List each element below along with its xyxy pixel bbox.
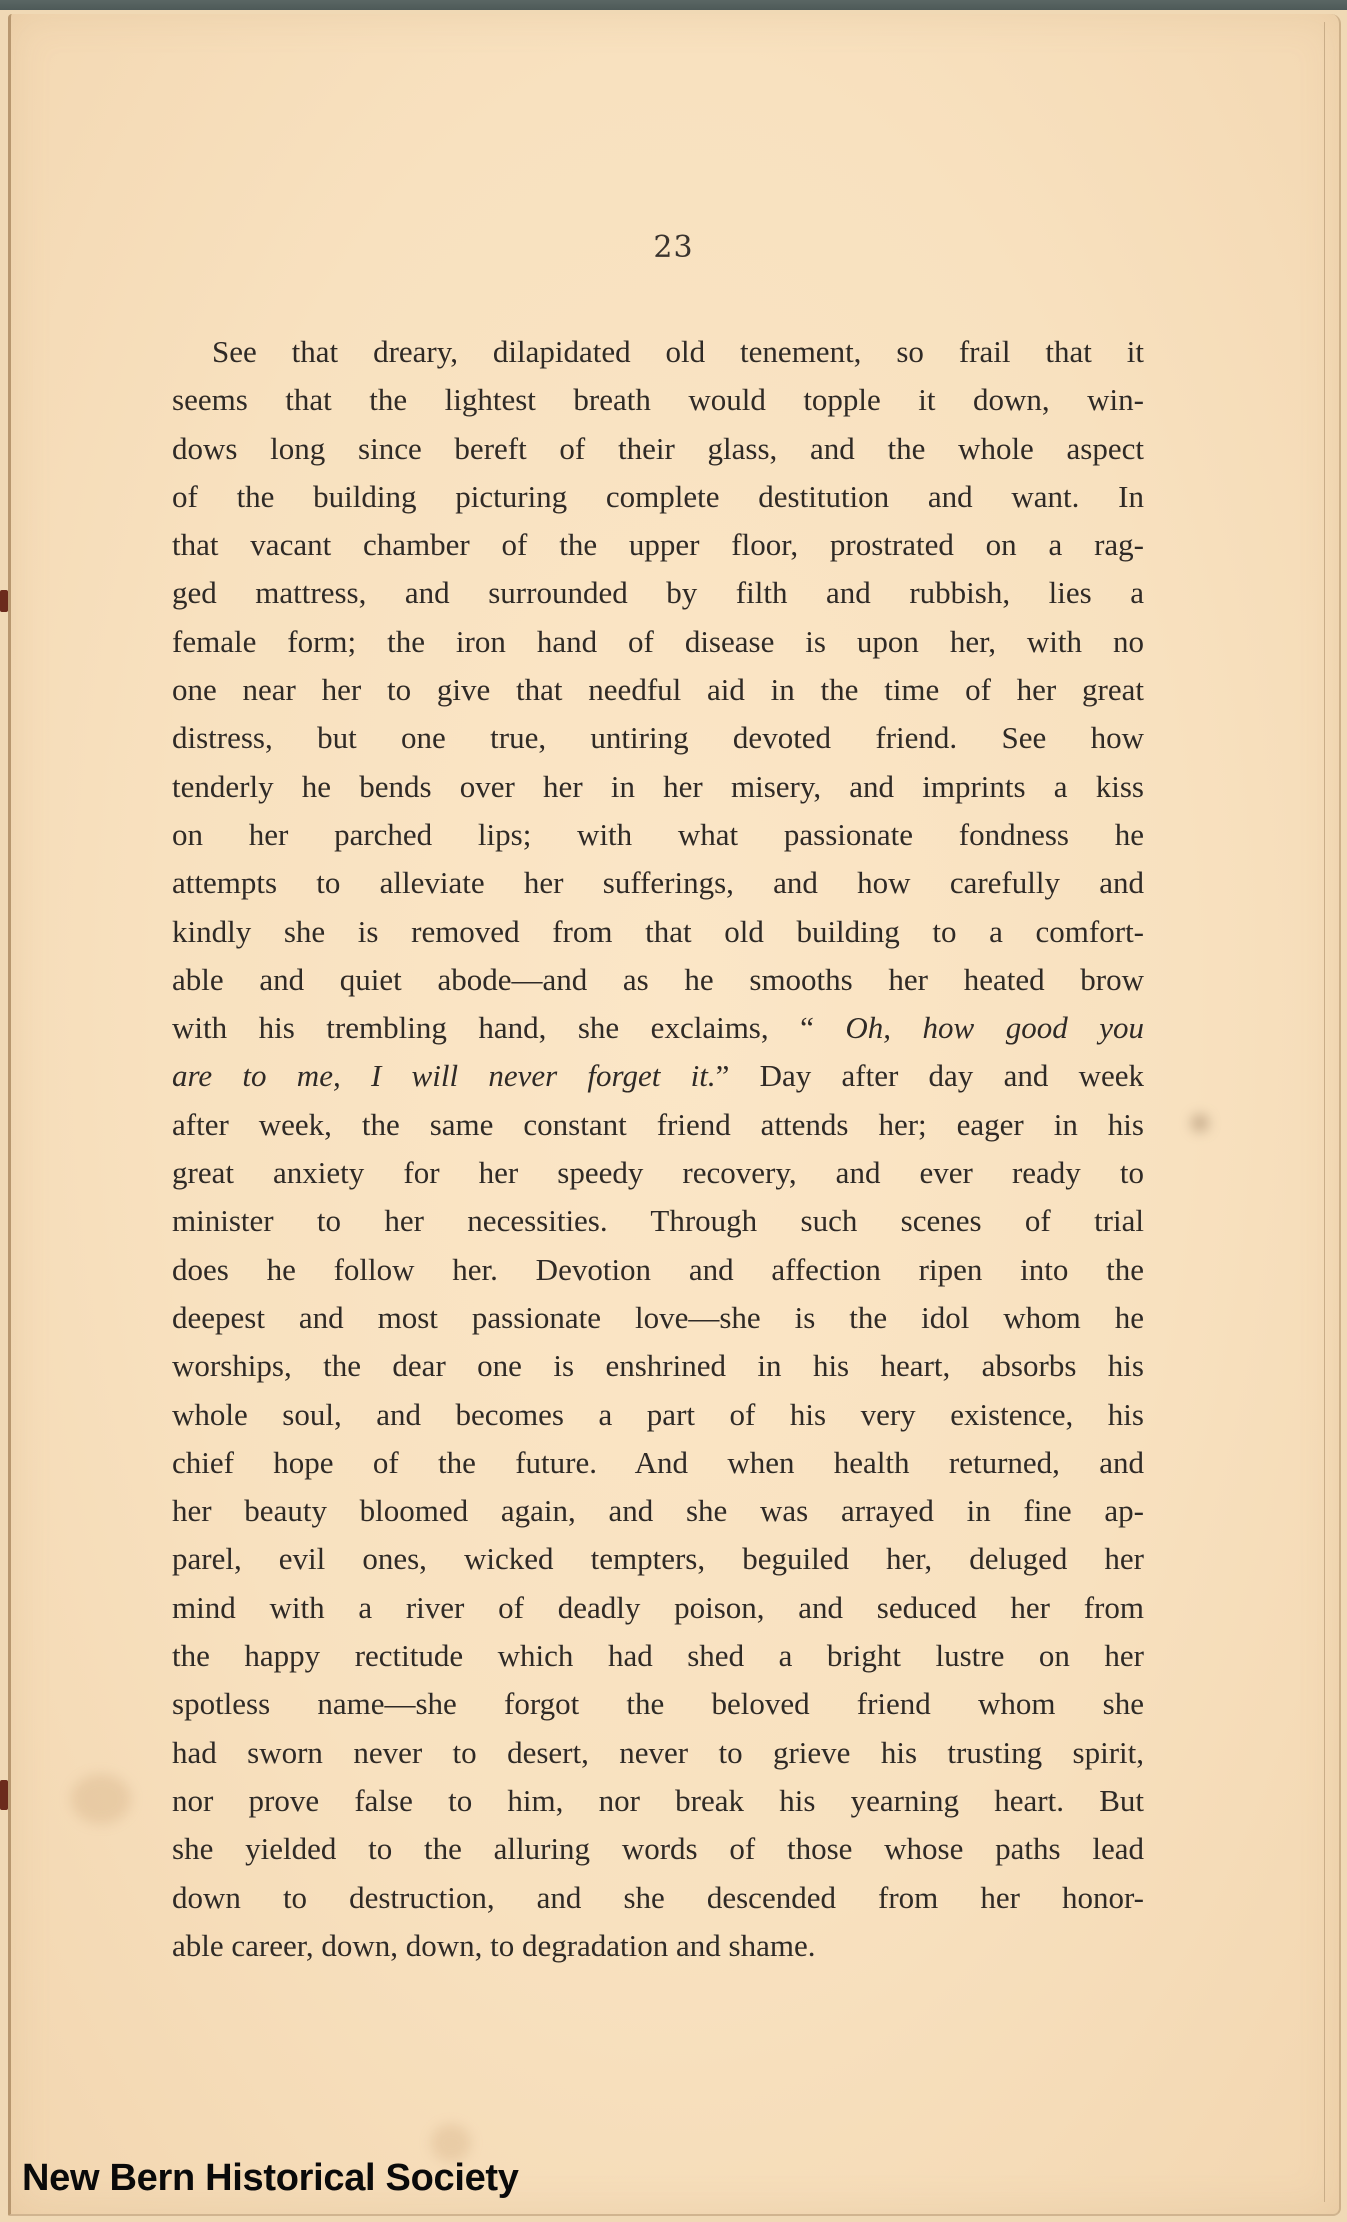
text-line: able career, down, down, to degradation …	[172, 1922, 1144, 1970]
text-line: one near her to give that needful aid in…	[172, 666, 1144, 714]
text-line: whole soul, and becomes a part of his ve…	[172, 1391, 1144, 1439]
text-line: down to destruction, and she descended f…	[172, 1874, 1144, 1922]
text-line: that vacant chamber of the upper floor, …	[172, 521, 1144, 569]
watermark-label: New Bern Historical Society	[22, 2157, 519, 2200]
binding-mark	[0, 590, 8, 612]
text-line: distress, but one true, untiring devoted…	[172, 714, 1144, 762]
text-line: with his trembling hand, she exclaims, “…	[172, 1004, 1144, 1052]
text-line: does he follow her. Devotion and affecti…	[172, 1246, 1144, 1294]
text-line: parel, evil ones, wicked tempters, begui…	[172, 1535, 1144, 1583]
paper-stain	[71, 1774, 131, 1824]
body-text: See that dreary, dilapidated old tenemen…	[172, 328, 1144, 1970]
page-edge-line	[1324, 22, 1325, 2202]
binding-mark	[0, 1780, 8, 1810]
text-line: spotless name—she forgot the beloved fri…	[172, 1680, 1144, 1728]
text-line: able and quiet abode—and as he smooths h…	[172, 956, 1144, 1004]
italic-quote: are to me, I will never forget it.	[172, 1058, 716, 1093]
text-line: deepest and most passionate love—she is …	[172, 1294, 1144, 1342]
text-line: on her parched lips; with what passionat…	[172, 811, 1144, 859]
text-line: her beauty bloomed again, and she was ar…	[172, 1487, 1144, 1535]
text-line: after week, the same constant friend att…	[172, 1101, 1144, 1149]
text-line: kindly she is removed from that old buil…	[172, 908, 1144, 956]
text-line: she yielded to the alluring words of tho…	[172, 1825, 1144, 1873]
text-line: female form; the iron hand of disease is…	[172, 618, 1144, 666]
text-line: great anxiety for her speedy recovery, a…	[172, 1149, 1144, 1197]
text-line: seems that the lightest breath would top…	[172, 376, 1144, 424]
text-line: dows long since bereft of their glass, a…	[172, 425, 1144, 473]
italic-quote: Oh, how good you	[845, 1010, 1144, 1045]
text-line: the happy rectitude which had shed a bri…	[172, 1632, 1144, 1680]
text-line: attempts to alleviate her sufferings, an…	[172, 859, 1144, 907]
text-line: mind with a river of deadly poison, and …	[172, 1584, 1144, 1632]
paper-speck	[1191, 1114, 1209, 1132]
text-line: had sworn never to desert, never to grie…	[172, 1729, 1144, 1777]
text-line: worships, the dear one is enshrined in h…	[172, 1342, 1144, 1390]
text-segment: with his trembling hand, she exclaims, “	[172, 1010, 845, 1045]
text-line: ged mattress, and surrounded by filth an…	[172, 569, 1144, 617]
text-line: are to me, I will never forget it.” Day …	[172, 1052, 1144, 1100]
text-line: tenderly he bends over her in her misery…	[172, 763, 1144, 811]
text-line: chief hope of the future. And when healt…	[172, 1439, 1144, 1487]
text-line: See that dreary, dilapidated old tenemen…	[172, 328, 1144, 376]
text-line: nor prove false to him, nor break his ye…	[172, 1777, 1144, 1825]
text-line: of the building picturing complete desti…	[172, 473, 1144, 521]
text-segment: ” Day after day and week	[716, 1058, 1144, 1093]
text-line: minister to her necessities. Through suc…	[172, 1197, 1144, 1245]
page-number: 23	[0, 230, 1347, 265]
